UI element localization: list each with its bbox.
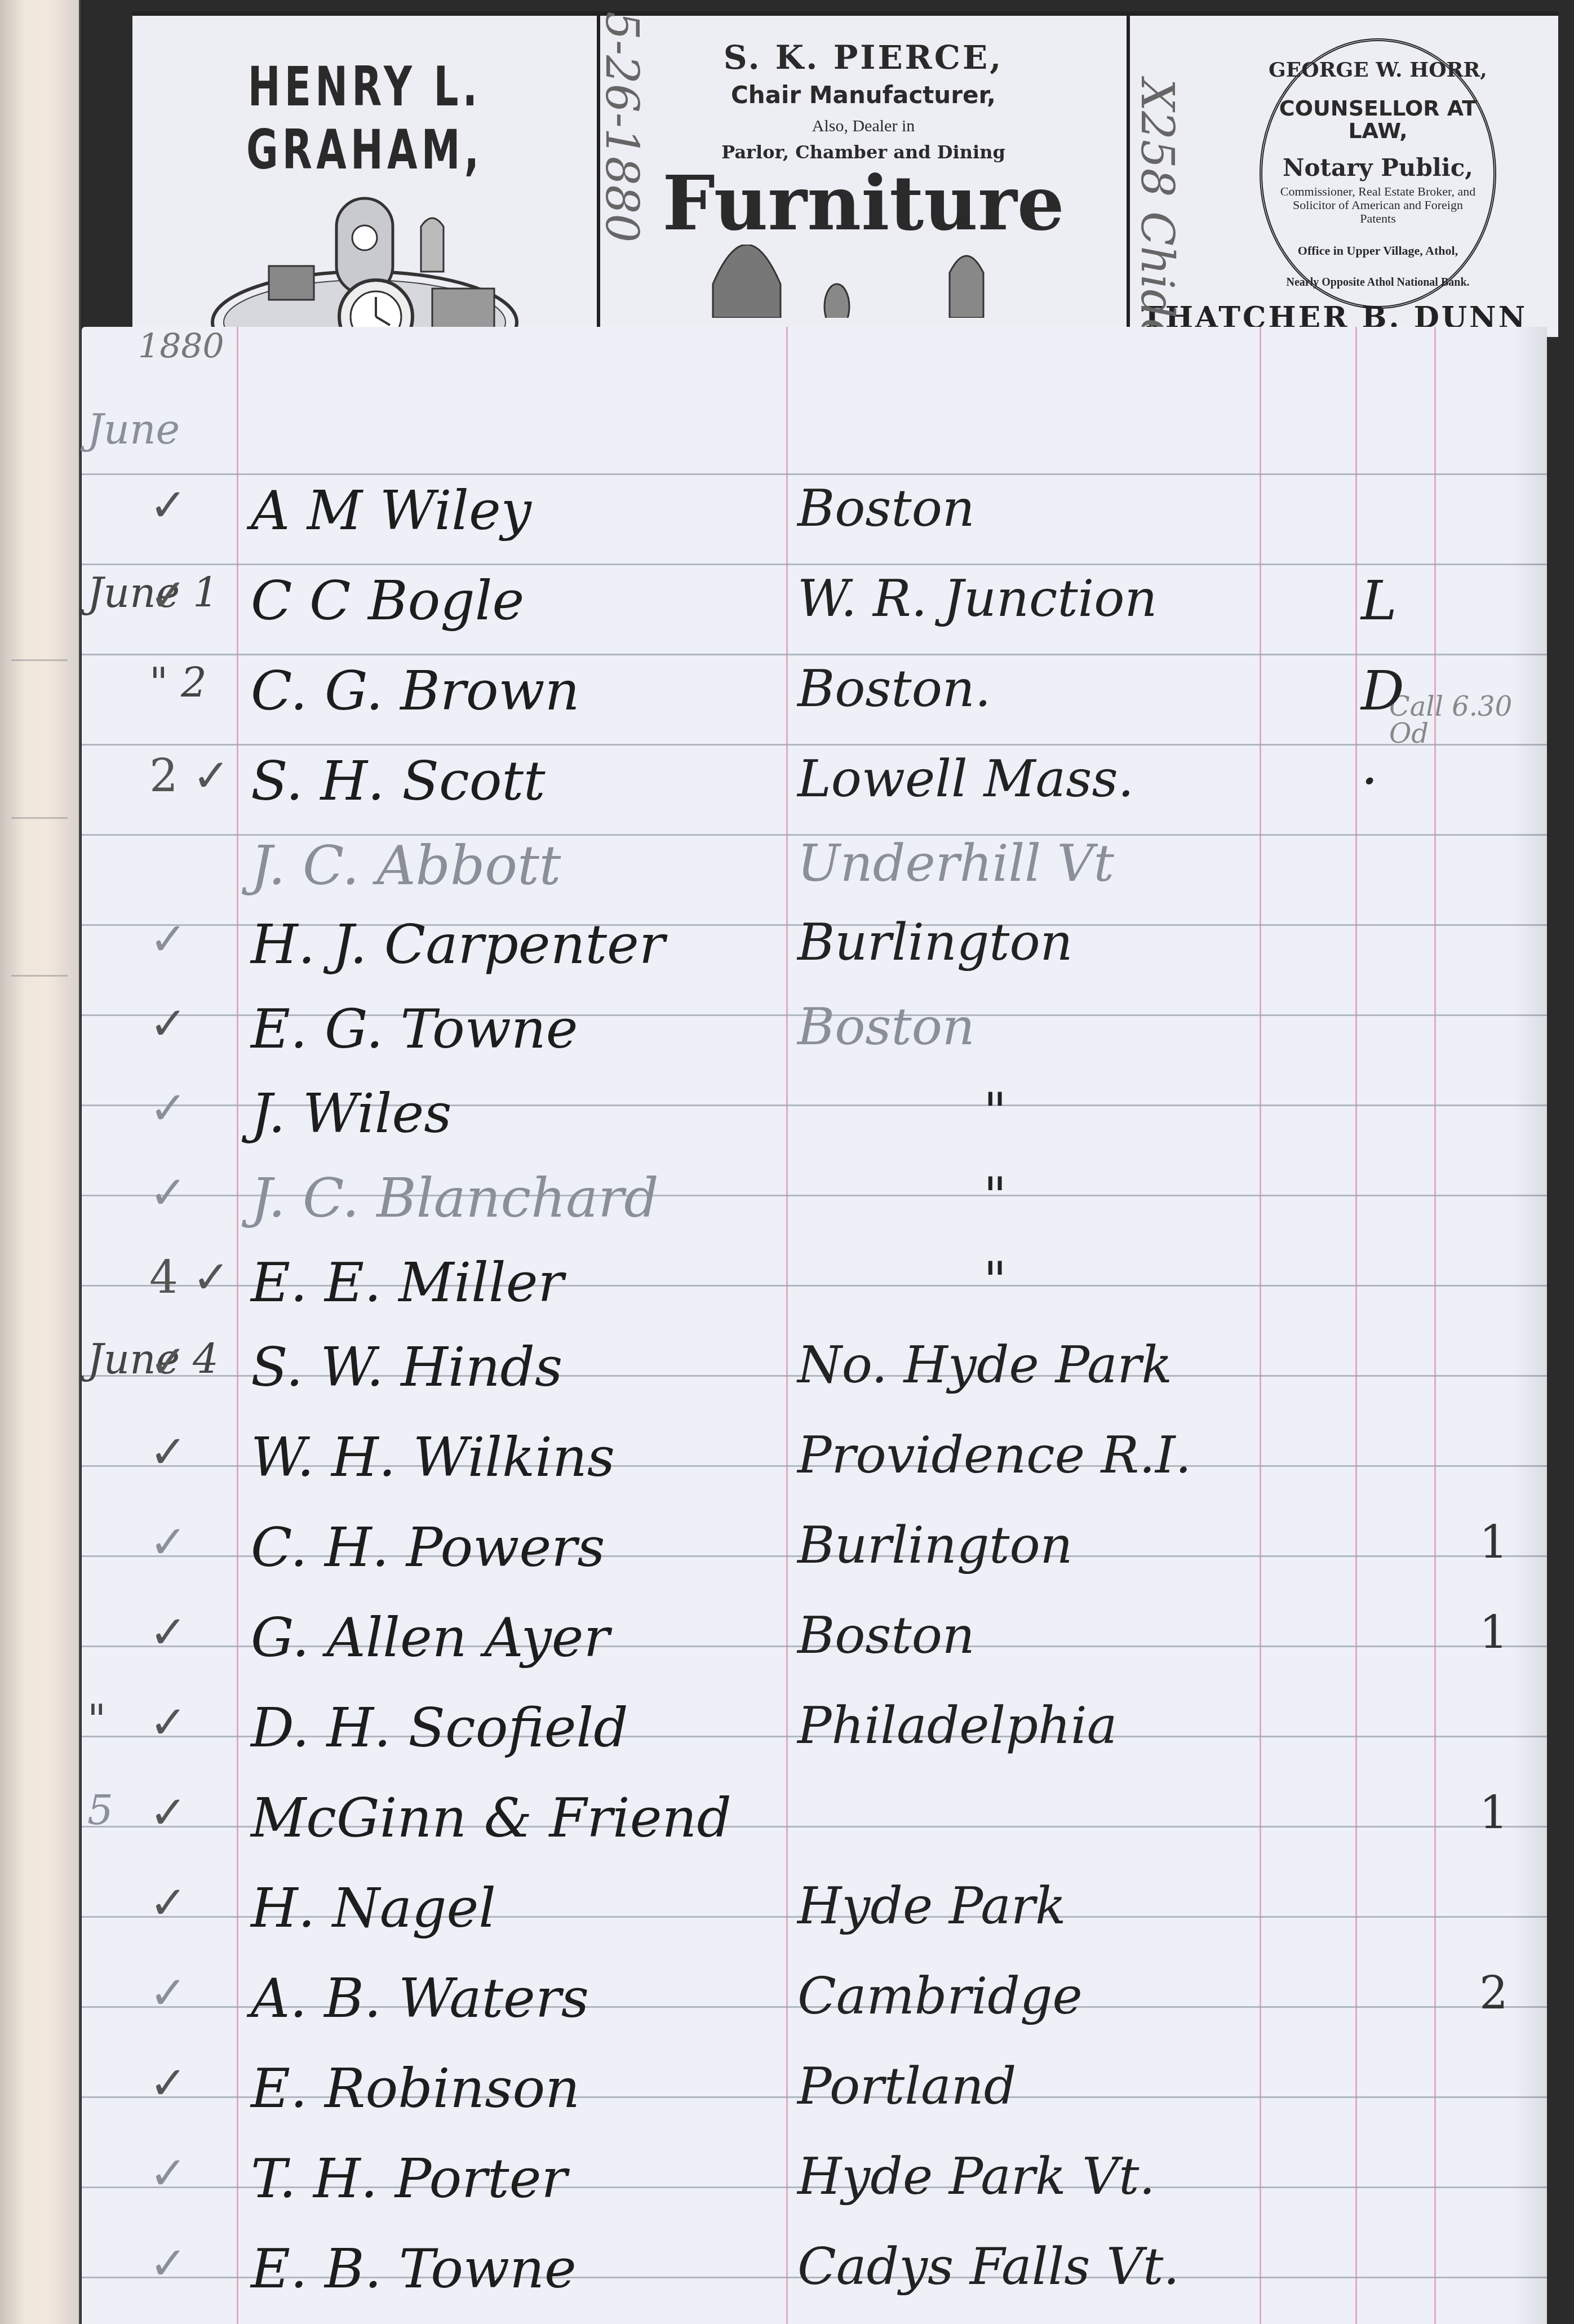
check-mark-icon: ✓	[149, 1786, 187, 1839]
check-mark-icon: ✓	[149, 913, 187, 965]
check-mark-icon: ✓	[149, 1082, 187, 1134]
register-entry: " ✓ D. H. Scofield Philadelphia	[82, 1696, 1547, 1786]
register-entry: ✓ H. Nagel Hyde Park	[82, 1877, 1547, 1967]
guest-residence: Portland	[797, 2057, 1016, 2116]
check-mark-icon: 4 ✓	[149, 1251, 230, 1303]
guest-residence: No. Hyde Park	[797, 1336, 1172, 1395]
guest-residence: Boston	[797, 479, 975, 538]
check-mark-icon: ✓	[149, 1877, 187, 1929]
horr-notary: Notary Public,	[1262, 154, 1493, 181]
book-page-edge	[0, 0, 81, 2324]
guest-name: C. H. Powers	[251, 1516, 605, 1579]
room-mark: ·	[1361, 749, 1378, 813]
guest-residence: Lowell Mass.	[797, 749, 1134, 809]
guest-name: H. Nagel	[251, 1877, 496, 1940]
guest-residence: Burlington	[797, 1516, 1073, 1575]
ad-graham-title: HENRY L. GRAHAM,	[197, 55, 531, 181]
ad-pierce-furniture: Furniture	[600, 163, 1127, 245]
register-entry: ✓ A M Wiley Boston	[82, 479, 1547, 569]
horr-ring-bottom: Nearly Opposite Athol National Bank.	[1262, 276, 1493, 289]
pencil-note-vertical-left: 5-26-1880	[596, 11, 648, 242]
year-note: 1880	[138, 327, 224, 366]
register-entry: ✓ G. Allen Ayer Boston 1	[82, 1606, 1547, 1696]
ad-henry-graham: HENRY L. GRAHAM,	[132, 16, 600, 337]
guest-name: S. W. Hinds	[251, 1336, 562, 1399]
guest-name: J. C. Blanchard	[251, 1167, 659, 1230]
guest-residence: "	[983, 1082, 1007, 1141]
horr-office: Office in Upper Village, Athol,	[1262, 244, 1493, 258]
guest-residence: Boston	[797, 1606, 975, 1665]
register-entry: ✓ T. H. Porter Hyde Park Vt.	[82, 2147, 1547, 2237]
guest-residence: Cambridge	[797, 1967, 1083, 2026]
guest-count: 2	[1479, 1967, 1508, 2019]
register-entry: ✓ C. H. Powers Burlington 1	[82, 1516, 1547, 1606]
register-entry: June 4 ✓ S. W. Hinds No. Hyde Park	[82, 1336, 1547, 1426]
guest-residence: Underhill Vt	[797, 834, 1114, 893]
edge-rule	[11, 975, 68, 977]
horr-ring-top: GEORGE W. HORR,	[1262, 58, 1493, 82]
register-entry: J. C. Abbott Underhill Vt	[82, 834, 1547, 924]
guest-register-ledger: 1880 Call 6.30 Od June ✓ A M Wiley Bosto…	[82, 327, 1547, 2324]
furniture-illustration-icon	[600, 245, 1127, 318]
check-mark-icon: ✓	[149, 2147, 187, 2199]
guest-name: S. H. Scott	[251, 749, 546, 813]
guest-count: 1	[1479, 1606, 1508, 1658]
register-entry: ✓ E. G. Towne Boston	[82, 997, 1547, 1088]
check-mark-icon: ✓	[149, 997, 187, 1050]
edge-rule	[11, 659, 68, 661]
room-mark: L	[1361, 569, 1397, 632]
advertisement-strip: HENRY L. GRAHAM, S. K. PIERCE, Chair Man…	[132, 11, 1558, 337]
room-mark: D	[1361, 659, 1404, 722]
register-entry: ✓ J. Wiles "	[82, 1082, 1547, 1172]
entry-date: 5	[87, 1786, 113, 1834]
entry-date: June	[87, 406, 180, 453]
guest-name: A. B. Waters	[251, 1967, 589, 2030]
horr-title: COUNSELLOR AT LAW,	[1262, 97, 1493, 143]
register-entry: ✓ E. B. Towne Cadys Falls Vt.	[82, 2237, 1547, 2324]
guest-residence: Cadys Falls Vt.	[797, 2237, 1180, 2296]
check-mark-icon: ✓	[149, 2237, 187, 2290]
guest-name: T. H. Porter	[251, 2147, 567, 2210]
register-entry: 4 ✓ E. E. Miller "	[82, 1251, 1547, 1341]
check-mark-icon: ✓	[149, 1167, 187, 1219]
guest-name: C C Bogle	[251, 569, 524, 632]
horr-details: Commissioner, Real Estate Broker, and So…	[1279, 185, 1477, 226]
pencil-note-vertical-right: X258 Chide	[1131, 79, 1183, 345]
register-entry: ✓ W. H. Wilkins Providence R.I.	[82, 1426, 1547, 1516]
guest-residence: "	[983, 1251, 1007, 1310]
ad-pierce-name: S. K. PIERCE,	[600, 38, 1127, 77]
register-entry: 2 ✓ S. H. Scott Lowell Mass. ·	[82, 749, 1547, 840]
guest-residence: Boston.	[797, 659, 991, 719]
register-entry: 5 ✓ McGinn & Friend 1	[82, 1786, 1547, 1877]
check-mark-icon: ✓	[149, 2057, 187, 2109]
guest-name: W. H. Wilkins	[251, 1426, 615, 1489]
guest-name: E. Robinson	[251, 2057, 580, 2120]
guest-name: D. H. Scofield	[251, 1696, 628, 1759]
edge-rule	[11, 817, 68, 819]
guest-residence: Boston	[797, 997, 975, 1057]
guest-residence: W. R. Junction	[797, 569, 1157, 628]
register-entry: June 1 ✓ C C Bogle W. R. Junction L	[82, 569, 1547, 659]
ad-pierce-subtitle: Chair Manufacturer,	[600, 81, 1127, 109]
guest-name: G. Allen Ayer	[251, 1606, 610, 1669]
horr-seal: GEORGE W. HORR, COUNSELLOR AT LAW, Notar…	[1260, 38, 1496, 309]
guest-residence: Burlington	[797, 913, 1073, 972]
entry-date: " 2	[149, 659, 207, 707]
check-mark-icon: ✓	[149, 1426, 187, 1478]
ad-sk-pierce: S. K. PIERCE, Chair Manufacturer, Also, …	[600, 16, 1130, 337]
guest-residence: Philadelphia	[797, 1696, 1117, 1755]
page-curl-shadow	[1513, 327, 1547, 2324]
ad-pierce-also: Also, Dealer in	[600, 117, 1127, 136]
guest-name: C. G. Brown	[251, 659, 580, 722]
check-mark-icon: ✓	[149, 1516, 187, 1568]
check-mark-icon: ✓	[149, 1606, 187, 1658]
guest-name: J. C. Abbott	[251, 834, 561, 897]
check-mark-icon: ✓	[149, 569, 187, 622]
check-mark-icon: ✓	[149, 1696, 187, 1749]
guest-name: E. B. Towne	[251, 2237, 577, 2300]
check-mark-icon: 2 ✓	[149, 749, 230, 802]
guest-residence: Hyde Park Vt.	[797, 2147, 1155, 2206]
entry-date: "	[87, 1696, 106, 1744]
guest-name: H. J. Carpenter	[251, 913, 665, 976]
guest-residence: "	[983, 1167, 1007, 1226]
register-entry: ✓ E. Robinson Portland	[82, 2057, 1547, 2147]
guest-count: 1	[1479, 1786, 1508, 1839]
register-entry: ✓ J. C. Blanchard "	[82, 1167, 1547, 1257]
ad-george-horr: GEORGE W. HORR, COUNSELLOR AT LAW, Notar…	[1130, 16, 1558, 337]
check-mark-icon: ✓	[149, 1967, 187, 2019]
register-entry: ✓ H. J. Carpenter Burlington	[82, 913, 1547, 1003]
register-entry: ✓ A. B. Waters Cambridge 2	[82, 1967, 1547, 2057]
guest-name: E. G. Towne	[251, 997, 578, 1061]
register-entry: " 2 C. G. Brown Boston. D	[82, 659, 1547, 749]
guest-name: J. Wiles	[251, 1082, 452, 1145]
check-mark-icon: ✓	[149, 479, 187, 531]
guest-name: McGinn & Friend	[251, 1786, 731, 1850]
guest-name: A M Wiley	[251, 479, 531, 542]
guest-residence: Hyde Park	[797, 1877, 1066, 1936]
check-mark-icon: ✓	[149, 1336, 187, 1388]
guest-count: 1	[1479, 1516, 1508, 1568]
guest-residence: Providence R.I.	[797, 1426, 1191, 1485]
guest-name: E. E. Miller	[251, 1251, 564, 1314]
